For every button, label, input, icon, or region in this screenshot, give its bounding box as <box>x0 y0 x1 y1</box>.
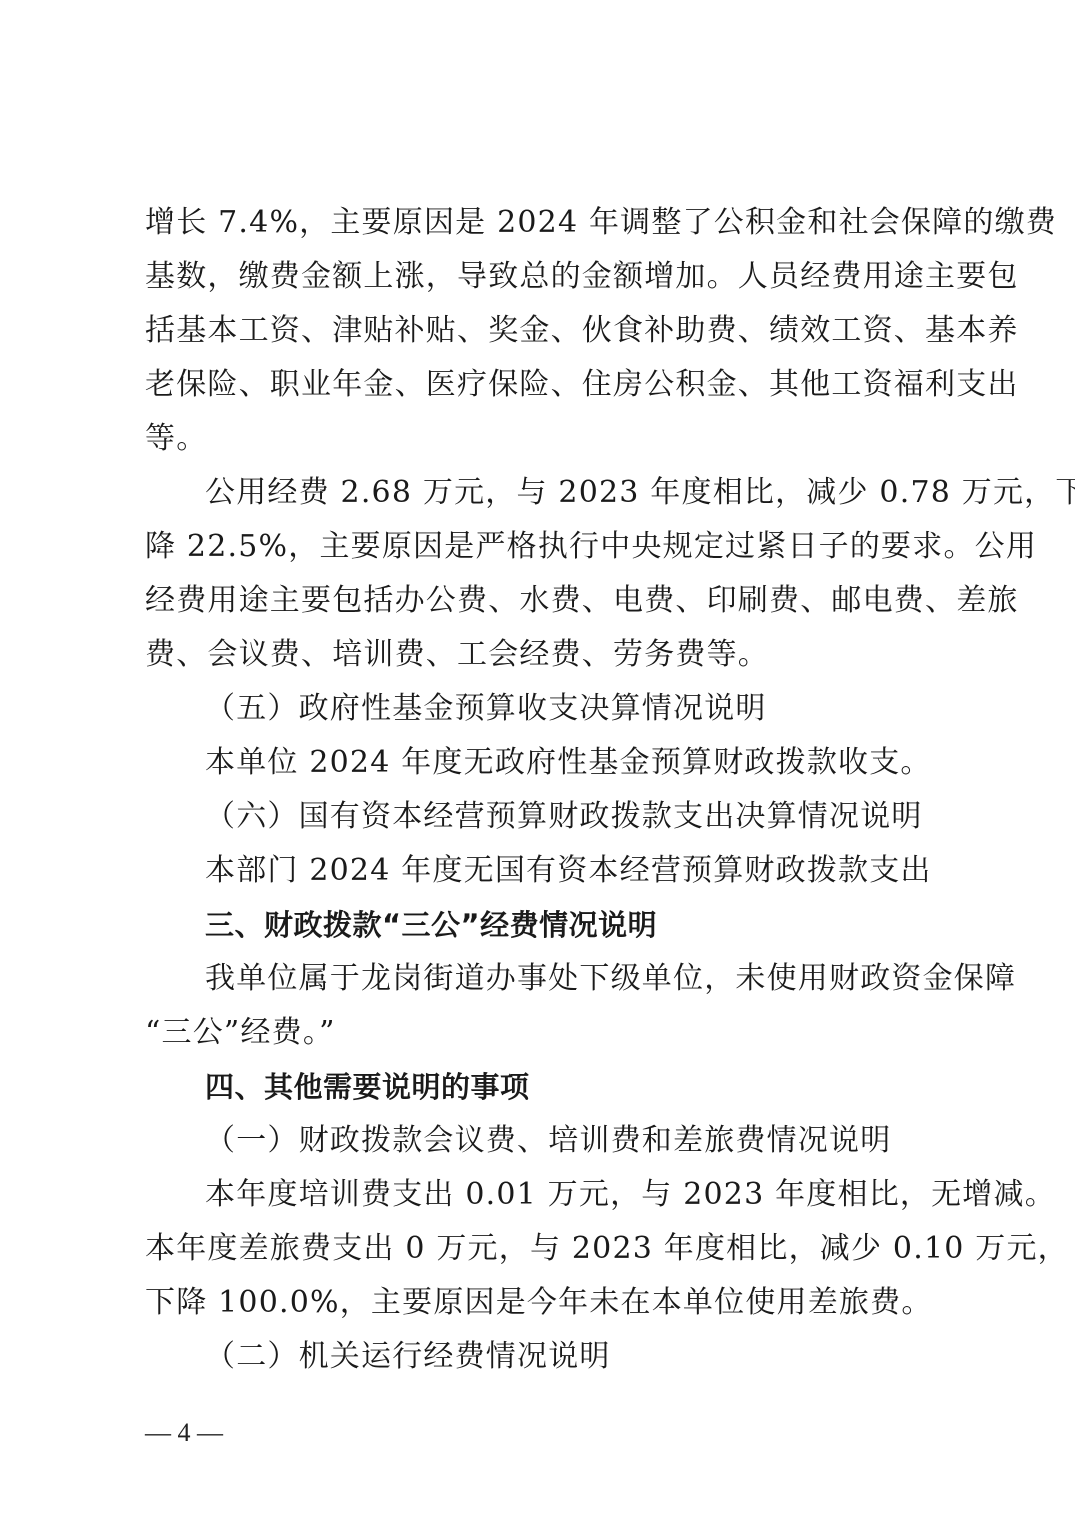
subheading-government-fund: （五）政府性基金预算收支决算情况说明 <box>145 682 945 736</box>
body-line: 降 22.5%，主要原因是严格执行中央规定过紧日子的要求。公用 <box>145 520 945 574</box>
body-line: 括基本工资、津贴补贴、奖金、伙食补助费、绩效工资、基本养 <box>145 304 945 358</box>
body-line: 等。 <box>145 412 945 466</box>
document-page: 增长 7.4%，主要原因是 2024 年调整了公积金和社会保障的缴费 基数，缴费… <box>145 196 945 1384</box>
body-line: 本年度培训费支出 0.01 万元，与 2023 年度相比，无增减。 <box>145 1168 945 1222</box>
subheading-agency-operating-costs: （二）机关运行经费情况说明 <box>145 1330 945 1384</box>
section-heading-three-public: 三、财政拨款“三公”经费情况说明 <box>145 898 945 952</box>
body-line: 本单位 2024 年度无政府性基金预算财政拨款收支。 <box>145 736 945 790</box>
body-line: “三公”经费。” <box>145 1006 945 1060</box>
subheading-meeting-training-travel: （一）财政拨款会议费、培训费和差旅费情况说明 <box>145 1114 945 1168</box>
page-number: — 4 — <box>145 1413 223 1453</box>
body-line: 基数，缴费金额上涨，导致总的金额增加。人员经费用途主要包 <box>145 250 945 304</box>
body-line: 公用经费 2.68 万元，与 2023 年度相比，减少 0.78 万元，下 <box>145 466 945 520</box>
body-line: 增长 7.4%，主要原因是 2024 年调整了公积金和社会保障的缴费 <box>145 196 945 250</box>
body-line: 我单位属于龙岗街道办事处下级单位，未使用财政资金保障 <box>145 952 945 1006</box>
subheading-state-capital: （六）国有资本经营预算财政拨款支出决算情况说明 <box>145 790 945 844</box>
body-line: 老保险、职业年金、医疗保险、住房公积金、其他工资福利支出 <box>145 358 945 412</box>
body-line: 本年度差旅费支出 0 万元，与 2023 年度相比，减少 0.10 万元， <box>145 1222 945 1276</box>
body-line: 费、会议费、培训费、工会经费、劳务费等。 <box>145 628 945 682</box>
body-line: 本部门 2024 年度无国有资本经营预算财政拨款支出 <box>145 844 945 898</box>
body-line: 下降 100.0%，主要原因是今年未在本单位使用差旅费。 <box>145 1276 945 1330</box>
section-heading-other-matters: 四、其他需要说明的事项 <box>145 1060 945 1114</box>
body-line: 经费用途主要包括办公费、水费、电费、印刷费、邮电费、差旅 <box>145 574 945 628</box>
